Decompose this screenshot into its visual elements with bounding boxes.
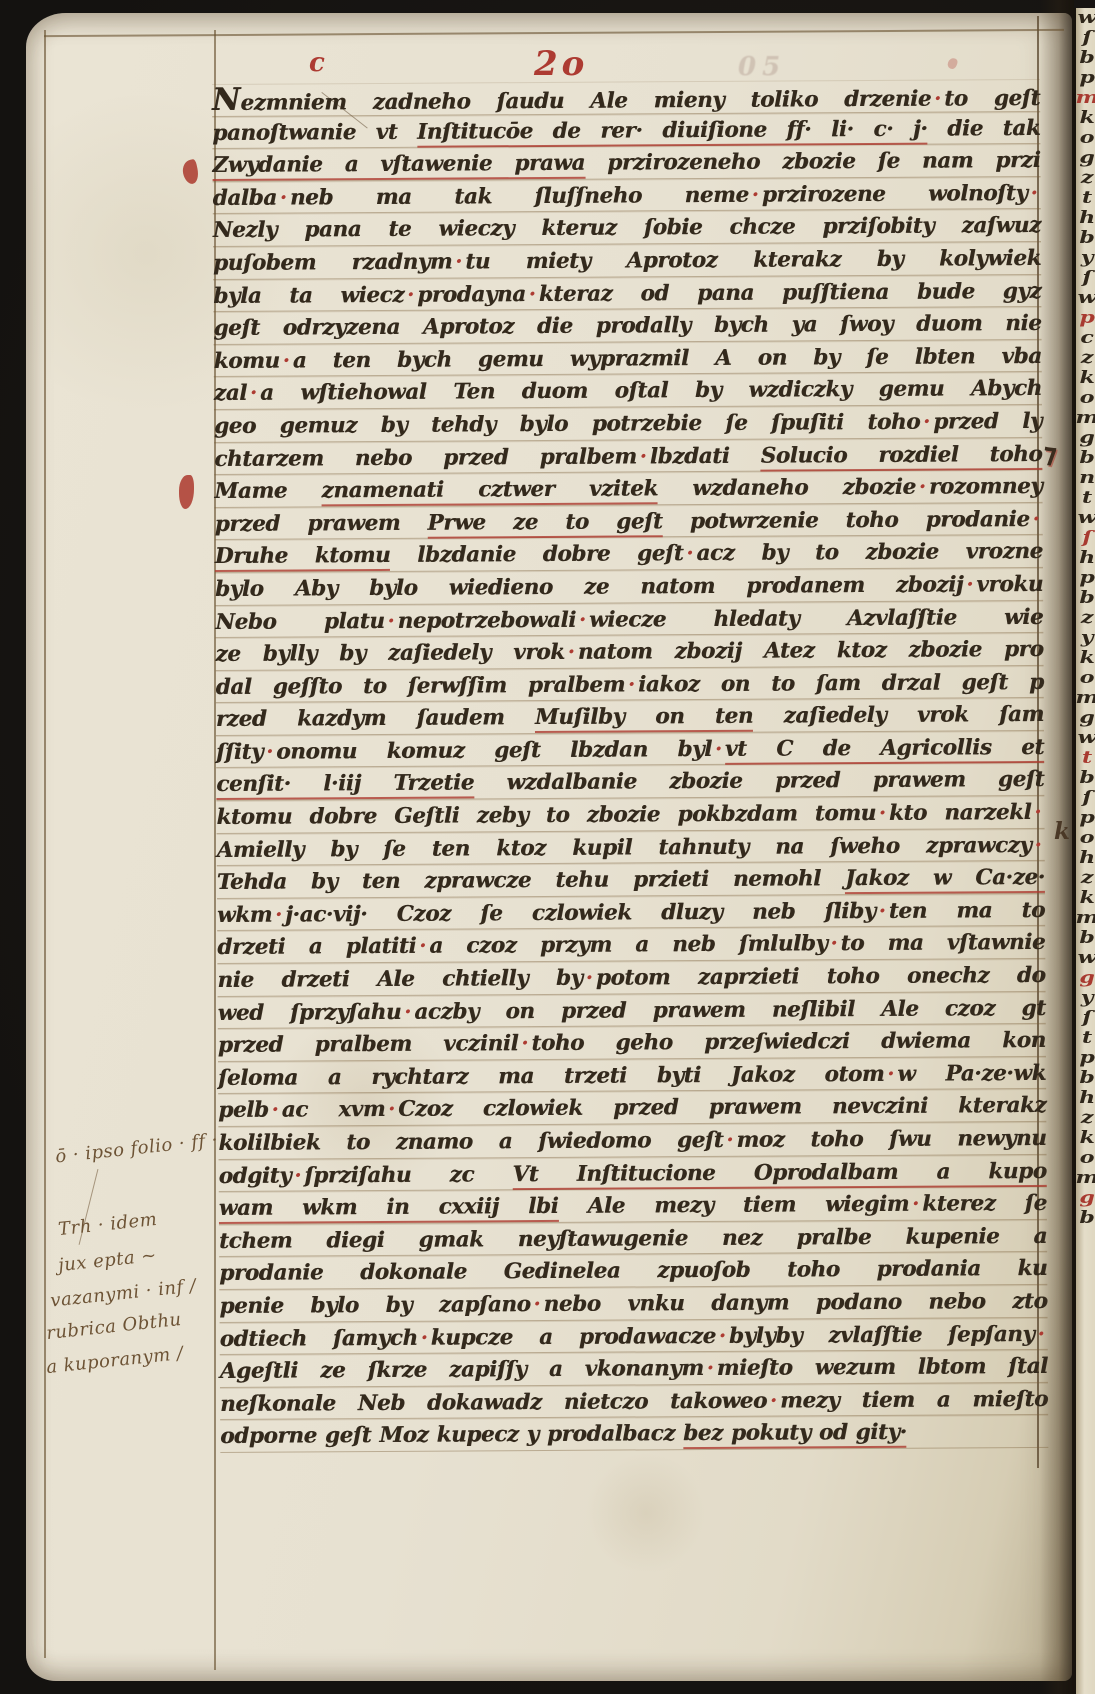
manuscript-line: Nebo platu·nepotrzebowali·wiecze hledaty…	[215, 600, 1043, 638]
next-page-edge: wſbpmkogzthbyſwpczkomgbntwſhpbzykomgwtbſ…	[1074, 8, 1095, 1694]
next-page-glyph-fragment: n	[1074, 468, 1095, 488]
next-page-glyph-fragment: k	[1074, 888, 1095, 908]
manuscript-line: wed ſprzyſahu·aczby on przed prawem neſl…	[218, 992, 1046, 1030]
next-page-glyph-fragment: o	[1074, 1148, 1095, 1168]
offset-ghost-numeral: 05	[738, 52, 786, 82]
manuscript-line: nie drzeti Ale chtielly by·potom zaprzie…	[217, 959, 1045, 997]
next-page-glyph-fragment: z	[1074, 348, 1095, 368]
next-page-glyph-fragment: p	[1074, 308, 1095, 328]
next-page-glyph-fragment: o	[1074, 388, 1095, 408]
manuscript-line: tchem diegi gmak neyſtawugenie nez pralb…	[219, 1220, 1047, 1258]
manuscript-line: ktomu dobre Geſtli zeby to zbozie pokbzd…	[216, 796, 1044, 834]
right-margin-letter: k	[1054, 818, 1070, 845]
next-page-glyph-fragment: w	[1074, 288, 1095, 308]
next-page-glyph-fragment: h	[1074, 208, 1095, 228]
next-page-glyph-fragment: t	[1074, 1028, 1095, 1048]
next-page-glyph-fragment: k	[1074, 368, 1095, 388]
manuscript-line: prodanie dokonale Gedinelea zpuoſob toho…	[219, 1252, 1047, 1290]
next-page-glyph-fragment: b	[1074, 1068, 1095, 1088]
next-page-glyph-fragment: k	[1074, 1128, 1095, 1148]
next-page-glyph-fragment: ſ	[1074, 788, 1095, 808]
next-page-glyph-fragment: y	[1074, 248, 1095, 268]
manuscript-line: ze bylly by zaſiedely vrok·natom zbozij …	[215, 633, 1043, 671]
next-page-glyph-fragment: m	[1074, 908, 1095, 928]
manuscript-line: ſſity·onomu komuz geſt lbzdan byl·vt C d…	[216, 731, 1044, 769]
next-page-glyph-fragment: b	[1074, 48, 1095, 68]
next-page-glyph-fragment: g	[1074, 428, 1095, 448]
manuscript-line: chtarzem nebo przed pralbem·lbzdati Solu…	[214, 437, 1042, 475]
next-page-glyph-fragment: c	[1074, 328, 1095, 348]
manuscript-line: Mame znamenati cztwer vzitek wzdaneho zb…	[214, 470, 1042, 508]
next-page-glyph-fragment: m	[1074, 88, 1095, 108]
next-page-glyph-fragment: y	[1074, 628, 1095, 648]
manuscript-line: Amielly by ſe ten ktoz kupil tahnuty na …	[217, 829, 1045, 867]
next-page-glyph-fragment: o	[1074, 828, 1095, 848]
next-page-glyph-fragment: k	[1074, 108, 1095, 128]
next-page-glyph-fragment: b	[1074, 448, 1095, 468]
manuscript-line: panoſtwanie vt Inſtitucōe de rer· diuiſi…	[212, 112, 1040, 150]
next-page-glyph-fragment: o	[1074, 668, 1095, 688]
manuscript-line: drzeti a platiti·a czoz przym a neb ſmlu…	[217, 926, 1045, 964]
next-page-glyph-fragment: g	[1074, 708, 1095, 728]
next-page-glyph-fragment: b	[1074, 768, 1095, 788]
manuscript-line: dal geſſto to ſerwſſim pralbem·iakoz on …	[216, 666, 1044, 704]
next-page-glyph-fragment: z	[1074, 168, 1095, 188]
manuscript-line: penie bylo by zapſano·nebo vnku danym po…	[219, 1285, 1047, 1323]
manuscript-line: wam wkm in cxxiij lbi Ale mezy tiem wieg…	[219, 1187, 1047, 1225]
manuscript-line: ſeloma a rychtarz ma trzeti byti Jakoz o…	[218, 1057, 1046, 1095]
manuscript-line: pelb·ac xvm·Czoz czlowiek przed prawem n…	[218, 1089, 1046, 1127]
manuscript-line: zal·a wſtiehowal Ten duom oſtal by wzdic…	[214, 372, 1042, 410]
manuscript-line: geo gemuz by tehdy bylo potrzebie ſe ſpu…	[214, 405, 1042, 443]
manuscript-photo: wſbpmkogzthbyſwpczkomgbntwſhpbzykomgwtbſ…	[0, 0, 1095, 1694]
next-page-glyph-fragment: b	[1074, 228, 1095, 248]
manuscript-line: odtiech ſamych·kupcze a prodawacze·bylyb…	[220, 1317, 1048, 1355]
next-page-glyph-fragment: g	[1074, 148, 1095, 168]
manuscript-line: przed pralbem vczinil·toho geho przeſwie…	[218, 1024, 1046, 1062]
next-page-glyph-fragment: t	[1074, 748, 1095, 768]
next-page-glyph-fragment: w	[1074, 508, 1095, 528]
next-page-glyph-fragment: p	[1074, 808, 1095, 828]
manuscript-line: puſobem rzadnym·tu miety Aprotoz kterakz…	[213, 242, 1041, 280]
next-page-glyph-fragment: z	[1074, 608, 1095, 628]
next-page-glyph-fragment: ſ	[1074, 28, 1095, 48]
next-page-glyph-fragment: z	[1074, 868, 1095, 888]
manuscript-line: byla ta wiecz·prodayna·kteraz od pana pu…	[213, 275, 1041, 313]
next-page-glyph-fragment: b	[1074, 1208, 1095, 1228]
next-page-glyph-fragment: p	[1074, 68, 1095, 88]
next-page-glyph-fragment: b	[1074, 588, 1095, 608]
manuscript-line: komu·a ten bych gemu wyprazmil A on by ſ…	[214, 340, 1042, 378]
next-page-glyph-fragment: h	[1074, 848, 1095, 868]
manuscript-line: cenſit· l·iij Trzetie wzdalbanie zbozie …	[216, 763, 1044, 801]
next-page-glyph-fragment: b	[1074, 928, 1095, 948]
next-page-glyph-fragment: w	[1074, 948, 1095, 968]
next-page-glyph-fragment: k	[1074, 648, 1095, 668]
manuscript-line: rzed kazdym ſaudem Muſilby on ten zaſied…	[216, 698, 1044, 736]
next-page-glyph-fragment: o	[1074, 128, 1095, 148]
next-page-glyph-fragment: p	[1074, 1048, 1095, 1068]
next-page-glyph-fragment: w	[1074, 8, 1095, 28]
next-page-glyph-fragment: g	[1074, 968, 1095, 988]
manuscript-line: bylo Aby bylo wiedieno ze natom prodanem…	[215, 568, 1043, 606]
manuscript-text-block: Nezmniem zadneho ſaudu Ale mieny toliko …	[212, 79, 1048, 1453]
manuscript-line: kolilbiek to znamo a ſwiedomo geſt·moz t…	[218, 1122, 1046, 1160]
next-page-glyph-fragment: h	[1074, 1088, 1095, 1108]
manuscript-line: geſt odrzyzena Aprotoz die prodally bych…	[213, 307, 1041, 345]
manuscript-line: wkm·j·ac·vij· Czoz ſe czlowiek dluzy neb…	[217, 894, 1045, 932]
next-page-glyph-fragment: p	[1074, 568, 1095, 588]
manuscript-line: Tehda by ten zprawcze tehu przieti nemoh…	[217, 861, 1045, 899]
folio-number: 2o	[534, 44, 588, 84]
manuscript-line: odporne geſt Moz kupecz y prodalbacz bez…	[220, 1415, 1048, 1453]
manuscript-line: Zwydanie a vſtawenie prawa przirozeneho …	[212, 144, 1040, 182]
manuscript-line: przed prawem Prwe ze to geſt potwrzenie …	[215, 503, 1043, 541]
next-page-glyph-fragment: y	[1074, 988, 1095, 1008]
next-page-glyph-fragment: t	[1074, 488, 1095, 508]
next-page-glyph-fragment: m	[1074, 688, 1095, 708]
left-margin-rule	[44, 30, 46, 1658]
next-page-glyph-fragment: z	[1074, 1108, 1095, 1128]
next-page-glyph-fragment: ſ	[1074, 1008, 1095, 1028]
next-page-glyph-fragment: w	[1074, 728, 1095, 748]
manuscript-line: Druhe ktomu lbzdanie dobre geſt·acz by t…	[215, 535, 1043, 573]
next-page-glyph-fragment: ſ	[1074, 268, 1095, 288]
next-page-glyph-fragment: m	[1074, 408, 1095, 428]
next-page-glyph-fragment: m	[1074, 1168, 1095, 1188]
manuscript-line: neſkonale Neb dokawadz nietczo takoweo·m…	[220, 1383, 1048, 1421]
next-page-glyph-fragment: t	[1074, 188, 1095, 208]
manuscript-line: Nezmniem zadneho ſaudu Ale mieny toliko …	[212, 79, 1040, 117]
next-page-glyph-fragment: h	[1074, 548, 1095, 568]
manuscript-line: odgity·ſprziſahu zc Vt Inſtitucione Opro…	[219, 1155, 1047, 1193]
manuscript-line: Nezly pana te wieczy kteruz ſobie chcze …	[213, 209, 1041, 247]
manuscript-line: Ageſtli ze ſkrze zapiſſy a vkonanym·mieſ…	[220, 1350, 1048, 1388]
next-page-glyph-fragment: ſ	[1074, 528, 1095, 548]
next-page-glyph-fragment: g	[1074, 1188, 1095, 1208]
manuscript-line: dalba·neb ma tak ſluſſneho neme·prziroze…	[213, 177, 1041, 215]
header-letter: c	[309, 48, 325, 78]
